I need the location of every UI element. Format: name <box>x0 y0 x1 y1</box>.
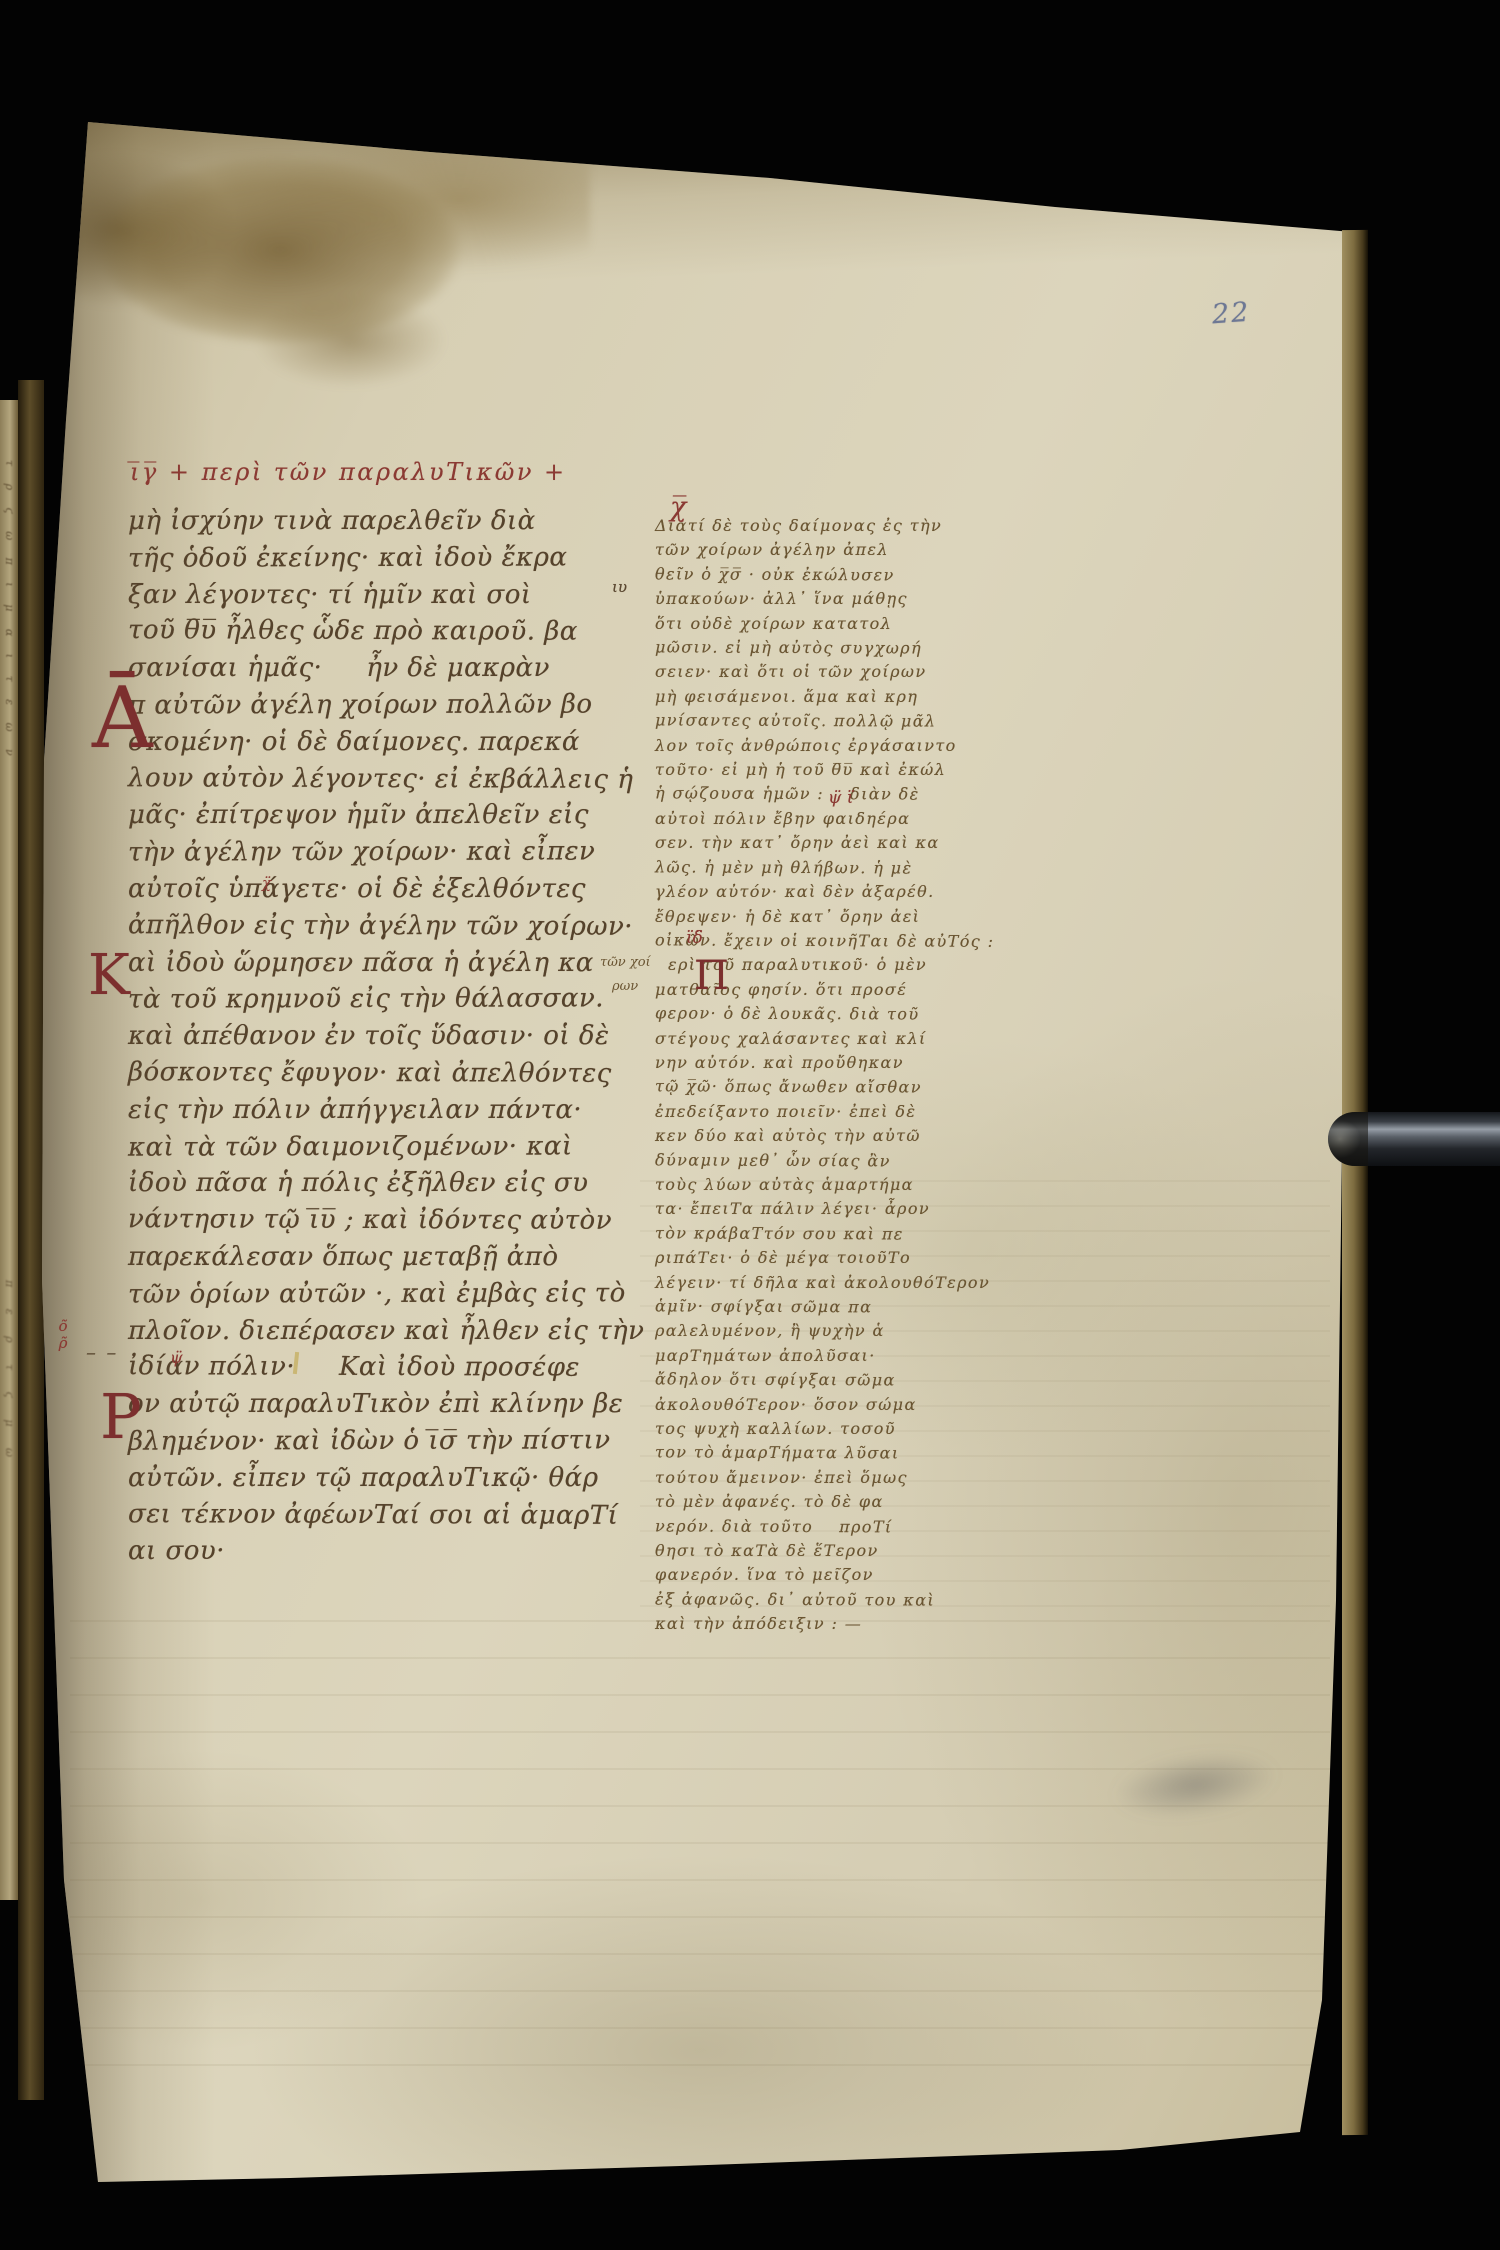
text-line: ἐξ ἀφανῶς. δι᾽ αὐτοῦ του καὶ <box>655 1587 955 1613</box>
manuscript-photo: τ ρ ϛ ω π ι μ α ι τ ε ω ν π ε ρ τ ϛ μ ω … <box>0 0 1500 2250</box>
lection-dash-mark: – – <box>86 1340 118 1364</box>
text-line: σανίσαι ἡμᾶς· ἦν δὲ μακρὰν <box>128 650 608 687</box>
rubric-initial-alpha: Ᾱ <box>92 676 153 760</box>
text-line: τον τὸ ἁμαρΤήματα λῦσαι <box>655 1441 955 1467</box>
rubric-initial-rho: Ρ <box>100 1386 142 1448</box>
text-line: ὅτι οὐδὲ χοίρων κατατολ <box>655 612 955 636</box>
folio-number: 22 <box>1211 297 1251 331</box>
text-line: λῶς. ἡ μὲν μὴ θλήβων. ἡ μὲ <box>655 855 955 881</box>
nomen-sacrum-gloss: ιυ <box>612 578 627 596</box>
text-line: μὴ ἰσχύην τινὰ παρελθεῖν διὰ <box>128 503 608 540</box>
text-line: Διατί δὲ τοὺς δαίμονας ἐς τὴν <box>655 514 955 538</box>
text-line: βόσκοντες ἔφυγον· καὶ ἀπελθόντες <box>128 1054 608 1092</box>
text-line: σεν. τὴν κατ᾽ ὄρην ἀεὶ καὶ κα <box>655 831 955 855</box>
text-line: βλημένον· καὶ ἰδὼν ὁ ι̅σ̅ τὴν πίστιν <box>128 1422 608 1460</box>
text-line: ξαν λέγοντες· τί ἡμῖν καὶ σοὶ <box>128 577 608 614</box>
section-sign-chi: χ̅ <box>670 492 686 523</box>
gospel-text-column: μὴ ἰσχύην τινὰ παρελθεῖν διὰτῆς ὁδοῦ ἐκε… <box>128 503 608 1570</box>
text-line: π αὐτῶν ἀγέλη χοίρων πολλῶν βο <box>128 686 608 724</box>
text-line: τῶν ὁρίων αὐτῶν ·, καὶ ἐμβὰς εἰς τὸ <box>128 1275 608 1313</box>
text-line: κεν δύο καὶ αὐτὸς τὴν αὐτῶ <box>655 1124 955 1148</box>
text-line: τὸν κράβαΤτόν σου καὶ πε <box>655 1221 955 1247</box>
facing-page-text-fragments: τ ρ ϛ ω π ι μ α ι τ ε ω ν <box>1 460 16 1220</box>
page-stack-fore-edge <box>1342 230 1368 2135</box>
rubric-initial-kappa: Κ <box>88 948 130 1004</box>
text-line: ἀκολουθόΤερον· ὅσον σώμα <box>655 1393 955 1417</box>
text-line: ἔθρεψεν· ἡ δὲ κατ᾽ ὄρην ἀεὶ <box>655 905 955 929</box>
text-line: καὶ ἀπέθανον ἐν τοῖς ὕδασιν· οἱ δὲ <box>128 1018 608 1055</box>
text-line: αι σου· <box>128 1533 608 1570</box>
text-line: τὸ μὲν ἀφανές. τὸ δὲ φα <box>655 1490 955 1514</box>
text-line: τος ψυχὴ καλλίων. τοσοῦ <box>655 1417 955 1441</box>
text-line: μῶσιν. εἰ μὴ αὐτὸς συγχωρή <box>655 635 955 661</box>
text-line: λουν αὐτὸν λέγοντες· εἰ ἐκβάλλεις ἡ <box>128 760 608 798</box>
text-line: αὐτοὶ πόλιν ἔβην φαιδηέρα <box>655 807 955 831</box>
text-line: σειεν· καὶ ὅτι οἱ τῶν χοίρων <box>655 660 955 684</box>
text-line: ἰδοὺ πᾶσα ἡ πόλις ἐξῆλθεν εἰς συ <box>128 1165 608 1202</box>
parchment-page: 22 ι̅γ̅ + περὶ τῶν παραλυΤικῶν + μὴ ἰσχύ… <box>0 0 1500 2250</box>
text-line: θησι τὸ καΤὰ δὲ ἕΤερον <box>655 1539 955 1563</box>
text-line: τούτου ἄμεινον· ἐπεὶ ὅμως <box>655 1466 955 1490</box>
text-line: νάντησιν τῷ ι̅υ̅ ; καὶ ἰδόντες αὐτὸν <box>128 1201 608 1239</box>
text-line: τῶν χοίρων ἀγέλην ἀπελ <box>655 538 955 562</box>
text-line: ἡ σῴζουσα ἡμῶν : διὰν δὲ <box>655 782 955 808</box>
text-line: λον τοῖς ἀνθρώποις ἐργάσαιντο <box>655 734 955 758</box>
text-line: γλέον αὐτόν· καὶ δὲν ἀξαρέθ. <box>655 880 955 904</box>
text-line: τοῦτο· εἰ μὴ ἡ τοῦ θ̅υ̅ καὶ ἐκώλ <box>655 758 955 782</box>
text-line: αὐτῶν. εἶπεν τῷ παραλυΤικῷ· θάρ <box>128 1460 608 1497</box>
text-line: τὰ τοῦ κρημνοῦ εἰς τὴν θάλασσαν. <box>128 981 608 1019</box>
text-line: τῷ χ̅ῶ· ὅπως ἄνωθεν αἴσθαν <box>655 1075 955 1101</box>
text-line: μαρΤημάτων ἀπολῦσαι· <box>655 1344 955 1368</box>
text-line: εἰς τὴν πόλιν ἀπήγγειλαν πάντα· <box>128 1092 608 1129</box>
text-line: ἐπεδείξαντο ποιεῖν· ἐπεὶ δὲ <box>655 1100 955 1124</box>
text-line: ριπάΤει· ὁ δὲ μέγα τοιοῦΤο <box>655 1246 955 1270</box>
text-line: σει τέκνον ἀφέωνΤαί σοι αἱ ἁμαρΤί <box>128 1496 608 1534</box>
text-line: καὶ τὴν ἀπόδειξιν : — <box>655 1612 955 1636</box>
text-line: ραλελυμένον, ἢ ψυχὴν ἁ <box>655 1319 955 1343</box>
text-line: καὶ τὰ τῶν δαιμονιζομένων· καὶ <box>128 1128 608 1166</box>
text-line: αὶ ἰδοὺ ὥρμησεν πᾶσα ἡ ἀγέλη κα <box>128 945 608 982</box>
pricking-holes <box>1488 812 1491 1112</box>
text-line: στέγους χαλάσαντες καὶ κλί <box>655 1027 955 1051</box>
text-line: λέγειν· τί δῆλα καὶ ἀκολουθόΤερον <box>655 1271 955 1295</box>
chi-correction-sign: χ̈ <box>262 874 271 892</box>
text-line: αὐτοῖς ὑπάγετε· οἱ δὲ ἐξελθόντες <box>128 871 608 908</box>
kephalaion-number-sign: ϊδ̈ <box>686 928 703 948</box>
catena-commentary-column: Διατί δὲ τοὺς δαίμονας ἐς τὴντῶν χοίρων … <box>655 514 955 1637</box>
text-line: φανερόν. ἵνα τὸ μεῖζον <box>655 1563 955 1587</box>
text-line: ον αὐτῷ παραλυΤικὸν ἐπὶ κλίνην βε <box>128 1386 608 1423</box>
kephalaion-heading: ι̅γ̅ + περὶ τῶν παραλυΤικῶν + <box>130 458 567 486</box>
text-line: θεῖν ὁ χ̅σ̅ · οὐκ ἐκώλυσεν <box>655 562 955 588</box>
text-line: τα· ἔπειΤα πάλιν λέγει· ἆρον <box>655 1197 955 1221</box>
text-line: πλοῖον. διεπέρασεν καὶ ἦλθεν εἰς τὴν <box>128 1313 608 1350</box>
text-line: τοῦ θ̅υ̅ ἦλθες ὧδε πρὸ καιροῦ. βα <box>128 613 608 651</box>
text-line: μᾶς· ἐπίτρεψον ἡμῖν ἀπελθεῖν εἰς <box>128 797 608 834</box>
lemma-gloss-line1: τῶν χοί <box>600 955 651 970</box>
text-line: δύναμιν μεθ᾽ ὧν σίας ἂν <box>655 1148 955 1174</box>
text-line: φερον· ὁ δὲ λουκᾶς. διὰ τοῦ <box>655 1001 955 1027</box>
text-line: ἰδίαν πόλιν· Καὶ ἰδοὺ προσέφε <box>128 1349 608 1387</box>
text-line: νην αὐτόν. καὶ προὔθηκαν <box>655 1051 955 1075</box>
text-line: ἁμῖν· σφίγξαι σῶμα πα <box>655 1294 955 1320</box>
ruling-lines <box>70 1620 1330 2090</box>
text-line: τοὺς λύων αὐτὰς ἁμαρτήμα <box>655 1173 955 1197</box>
margin-psi-sign: ψ̈ <box>170 1348 183 1367</box>
text-line: μνίσαντες αὐτοῖς. πολλῷ μᾶλ <box>655 709 955 735</box>
text-line: νερόν. διὰ τοῦτο προΤί <box>655 1514 955 1540</box>
text-line: τὴν ἀγέλην τῶν χοίρων· καὶ εἶπεν <box>128 834 608 872</box>
facing-page-text-fragments-lower: π ε ρ τ ϛ μ ω <box>1 1280 16 1840</box>
reference-sign-psi: ψ̈ ϊ <box>828 788 853 808</box>
text-line: ἄδηλον ὅτι σφίγξαι σῶμα <box>655 1368 955 1394</box>
text-line: ἀπῆλθον εἰς τὴν ἀγέλην τῶν χοίρων· <box>128 907 608 945</box>
rubric-initial-pi: Π <box>694 956 729 996</box>
text-line: παρεκάλεσαν ὅπως μεταβῇ ἀπὸ <box>128 1239 608 1276</box>
text-line: μὴ φεισάμενοι. ἅμα καὶ κρη <box>655 685 955 709</box>
text-line: σκομένη· οἱ δὲ δαίμονες. παρεκά <box>128 724 608 761</box>
text-line: ὑπακούων· ἀλλ᾽ ἵνα μάθῃς <box>655 587 955 611</box>
hora-margin-sign: ο̃ ρ̃ <box>52 1318 74 1352</box>
text-line: τῆς ὁδοῦ ἐκείνης· καὶ ἰδοὺ ἔκρα <box>128 539 608 577</box>
gutter-crease <box>18 380 44 2100</box>
lemma-gloss-line2: ρων <box>612 979 638 994</box>
